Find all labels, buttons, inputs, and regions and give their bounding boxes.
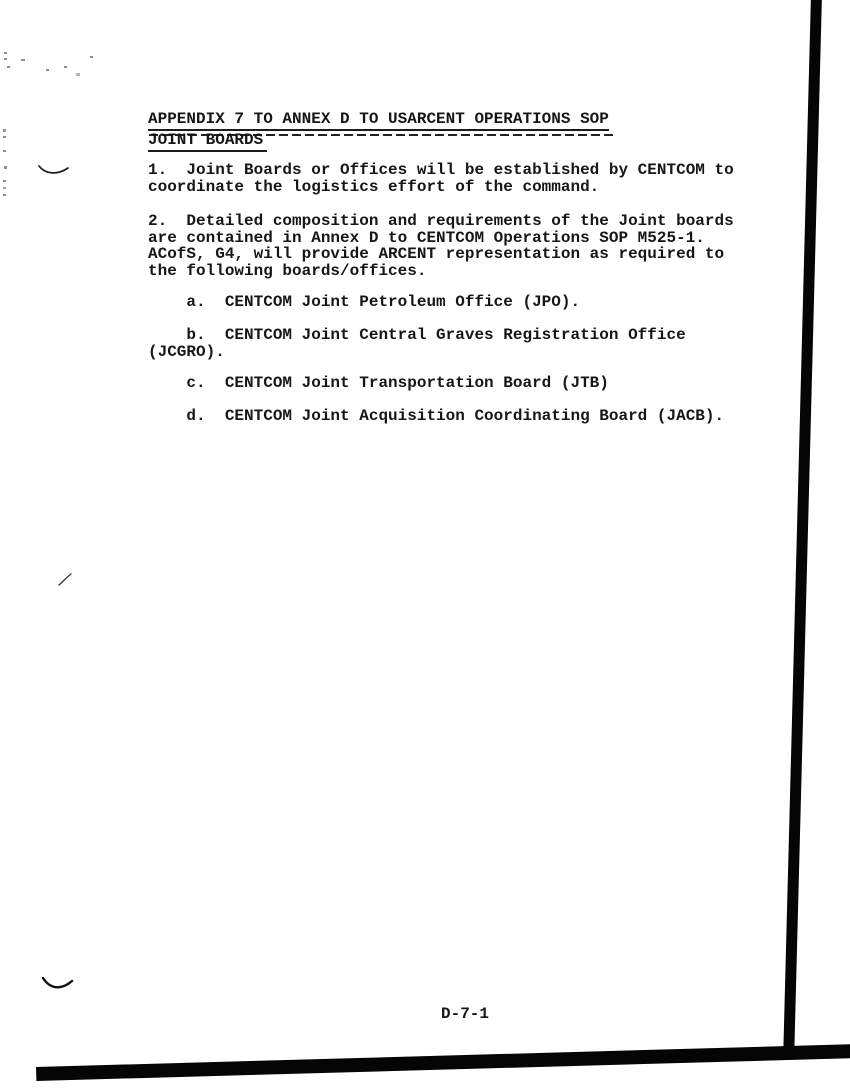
scan-speckle <box>3 180 6 182</box>
scan-speckle <box>3 129 6 132</box>
text-line: c. CENTCOM Joint Transportation Board (J… <box>148 375 609 392</box>
scanned-document-page: APPENDIX 7 TO ANNEX D TO USARCENT OPERAT… <box>0 0 850 1090</box>
list-item-c: c. CENTCOM Joint Transportation Board (J… <box>148 375 609 392</box>
scan-speckle <box>3 187 6 189</box>
scan-speckle <box>4 58 7 60</box>
scan-speckle <box>46 69 49 71</box>
curved-pen-mark-icon <box>42 975 74 993</box>
scan-speckle <box>4 52 7 54</box>
scan-speckle <box>7 66 10 68</box>
scan-speckle <box>64 66 67 68</box>
document-title-line1: APPENDIX 7 TO ANNEX D TO USARCENT OPERAT… <box>148 111 609 131</box>
paragraph-1: 1. Joint Boards or Offices will be estab… <box>148 162 734 195</box>
text-line: are contained in Annex D to CENTCOM Oper… <box>148 230 734 247</box>
text-line: (JCGRO). <box>148 344 686 361</box>
text-line: 1. Joint Boards or Offices will be estab… <box>148 162 734 179</box>
text-line: b. CENTCOM Joint Central Graves Registra… <box>148 327 686 344</box>
scan-edge-bottom <box>36 1044 850 1081</box>
text-line: 2. Detailed composition and requirements… <box>148 213 734 230</box>
scan-speckle <box>3 150 6 152</box>
scan-speckle <box>76 73 80 76</box>
text-line: a. CENTCOM Joint Petroleum Office (JPO). <box>148 294 580 311</box>
scan-edge-right <box>783 0 822 1056</box>
paragraph-2: 2. Detailed composition and requirements… <box>148 213 734 279</box>
scan-speckle <box>3 194 6 196</box>
list-item-d: d. CENTCOM Joint Acquisition Coordinatin… <box>148 408 724 425</box>
text-line: coordinate the logistics effort of the c… <box>148 179 734 196</box>
list-item-a: a. CENTCOM Joint Petroleum Office (JPO). <box>148 294 580 311</box>
scan-speckle <box>90 56 93 58</box>
list-item-b: b. CENTCOM Joint Central Graves Registra… <box>148 327 686 360</box>
document-title-line2: JOINT BOARDS <box>148 132 267 152</box>
scan-speckle <box>3 136 6 138</box>
pen-slash-mark-icon <box>57 572 73 587</box>
text-line: the following boards/offices. <box>148 263 734 280</box>
page-number: D-7-1 <box>441 1006 489 1023</box>
curved-pen-mark-icon <box>38 162 70 177</box>
scan-speckle <box>21 59 25 61</box>
text-line: ACofS, G4, will provide ARCENT represent… <box>148 246 734 263</box>
text-line: d. CENTCOM Joint Acquisition Coordinatin… <box>148 408 724 425</box>
scan-speckle <box>4 166 7 169</box>
